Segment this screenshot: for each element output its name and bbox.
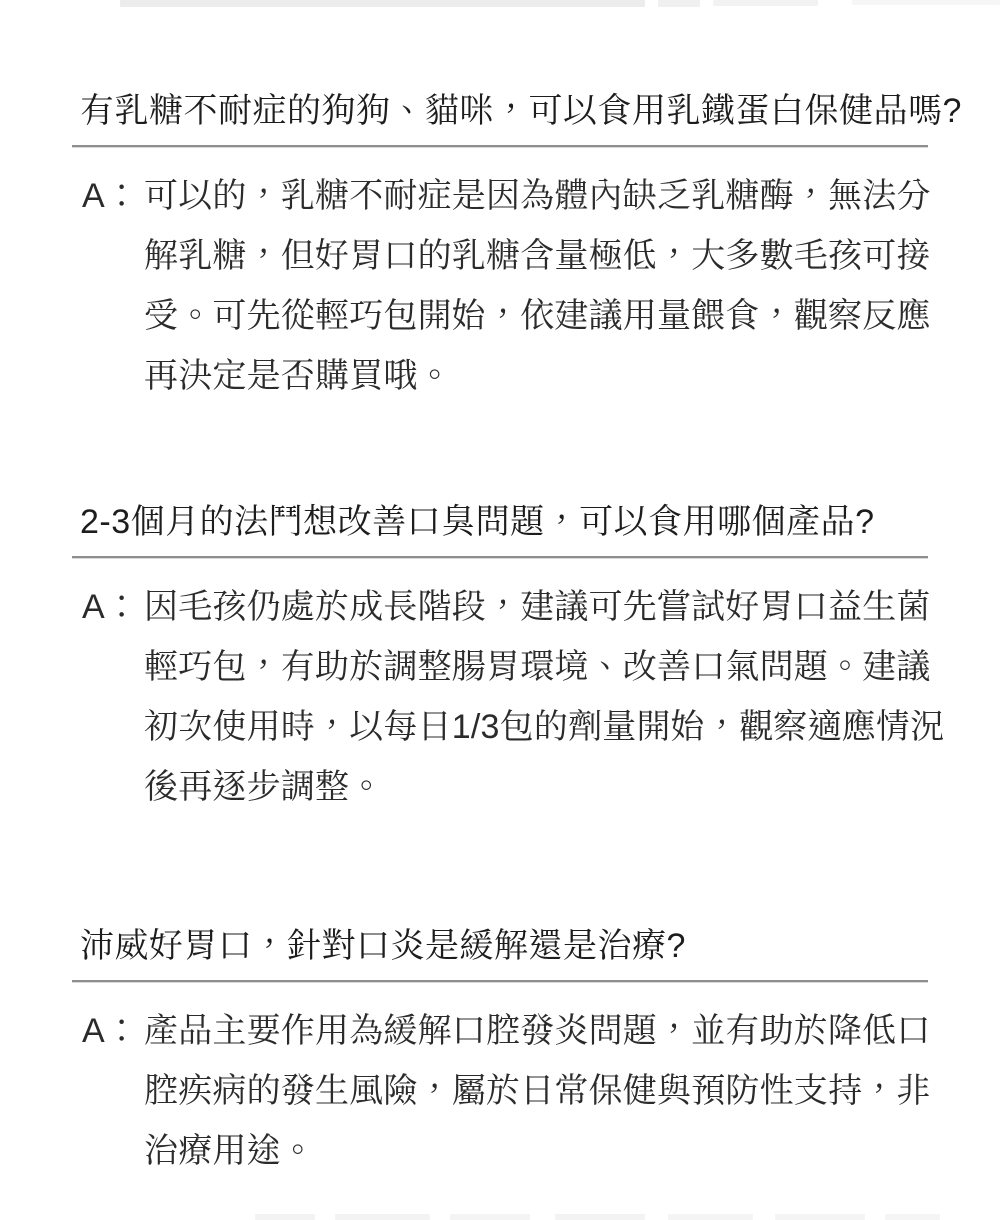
answer-line: 治療用途。 bbox=[144, 1121, 928, 1181]
answer-text: 可以的，乳糖不耐症是因為體內缺乏乳糖酶，無法分 解乳糖，但好胃口的乳糖含量極低，… bbox=[144, 166, 928, 406]
top-crop-fragment bbox=[120, 0, 645, 7]
bottom-crop-fragment bbox=[255, 1214, 315, 1220]
faq-answer: A： 因毛孩仍處於成長階段，建議可先嘗試好胃口益生菌 輕巧包，有助於調整腸胃環境… bbox=[72, 577, 928, 817]
answer-label: A： bbox=[82, 577, 144, 637]
top-crop-fragment bbox=[658, 0, 700, 7]
answer-label: A： bbox=[82, 1001, 144, 1061]
answer-line: 腔疾病的發生風險，屬於日常保健與預防性支持，非 bbox=[144, 1061, 928, 1121]
top-crop-fragment bbox=[713, 0, 818, 6]
faq-question: 有乳糖不耐症的狗狗、貓咪，可以食用乳鐵蛋白保健品嗎? bbox=[72, 89, 928, 133]
faq-answer: A： 可以的，乳糖不耐症是因為體內缺乏乳糖酶，無法分 解乳糖，但好胃口的乳糖含量… bbox=[72, 166, 928, 406]
bottom-crop-fragment bbox=[555, 1214, 645, 1220]
answer-text: 因毛孩仍處於成長階段，建議可先嘗試好胃口益生菌 輕巧包，有助於調整腸胃環境、改善… bbox=[144, 577, 928, 817]
question-divider bbox=[72, 980, 928, 983]
answer-line: 因毛孩仍處於成長階段，建議可先嘗試好胃口益生菌 bbox=[144, 577, 928, 637]
answer-text: 產品主要作用為緩解口腔發炎問題，並有助於降低口 腔疾病的發生風險，屬於日常保健與… bbox=[144, 1001, 928, 1181]
answer-line: 後再逐步調整。 bbox=[144, 757, 928, 817]
answer-line: 受。可先從輕巧包開始，依建議用量餵食，觀察反應 bbox=[144, 286, 928, 346]
answer-line: 解乳糖，但好胃口的乳糖含量極低，大多數毛孩可接 bbox=[144, 226, 928, 286]
answer-label: A： bbox=[82, 166, 144, 226]
faq-question: 2-3個月的法鬥想改善口臭問題，可以食用哪個產品? bbox=[72, 500, 928, 544]
answer-line: 再決定是否購買哦。 bbox=[144, 346, 928, 406]
bottom-crop-fragment bbox=[668, 1214, 753, 1220]
bottom-crop-fragment bbox=[450, 1214, 530, 1220]
question-divider bbox=[72, 556, 928, 559]
faq-answer: A： 產品主要作用為緩解口腔發炎問題，並有助於降低口 腔疾病的發生風險，屬於日常… bbox=[72, 1001, 928, 1181]
faq-item-bad-breath-puppy: 2-3個月的法鬥想改善口臭問題，可以食用哪個產品? A： 因毛孩仍處於成長階段，… bbox=[72, 500, 928, 817]
top-crop-fragment bbox=[852, 0, 1000, 5]
faq-item-lactose-intolerance: 有乳糖不耐症的狗狗、貓咪，可以食用乳鐵蛋白保健品嗎? A： 可以的，乳糖不耐症是… bbox=[72, 89, 928, 406]
bottom-crop-fragment bbox=[885, 1214, 940, 1220]
faq-item-stomatitis-relief: 沛威好胃口，針對口炎是緩解還是治療? A： 產品主要作用為緩解口腔發炎問題，並有… bbox=[72, 924, 928, 1181]
answer-line: 初次使用時，以每日1/3包的劑量開始，觀察適應情況 bbox=[144, 697, 928, 757]
question-divider bbox=[72, 145, 928, 148]
answer-line: 輕巧包，有助於調整腸胃環境、改善口氣問題。建議 bbox=[144, 637, 928, 697]
answer-line: 可以的，乳糖不耐症是因為體內缺乏乳糖酶，無法分 bbox=[144, 166, 928, 226]
bottom-crop-fragment bbox=[335, 1214, 430, 1220]
faq-page: 有乳糖不耐症的狗狗、貓咪，可以食用乳鐵蛋白保健品嗎? A： 可以的，乳糖不耐症是… bbox=[0, 0, 1000, 1220]
bottom-crop-fragment bbox=[775, 1214, 865, 1220]
answer-line: 產品主要作用為緩解口腔發炎問題，並有助於降低口 bbox=[144, 1001, 928, 1061]
faq-question: 沛威好胃口，針對口炎是緩解還是治療? bbox=[72, 924, 928, 968]
